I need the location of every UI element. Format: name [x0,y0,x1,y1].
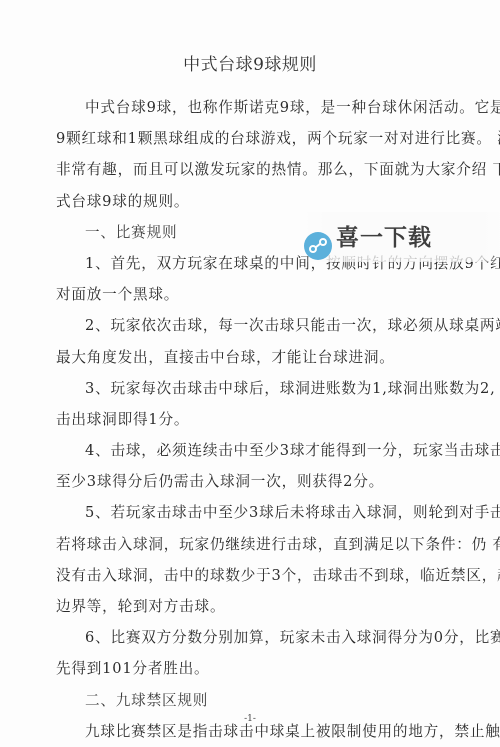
link-circle-icon [304,232,332,260]
paragraph-line: 边界等，轮到对方击球。 [56,591,448,622]
watermark-text: 喜一下载 [336,219,432,252]
paragraph-line: 6、比赛双方分数分别加算，玩家未击入球洞得分为0分，比赛 谁 [56,622,448,653]
paragraph-line: 2、玩家依次击球，每一次击球只能击一次，球必须从球桌两端 [56,310,448,341]
paragraph-line: 5、若玩家击球击中至少3球后未将球击入球洞，则轮到对手击 球； [56,497,448,528]
paragraph-line: 4、击球，必须连续击中至少3球才能得到一分，玩家当击球击 中 [56,435,448,466]
section-heading: 二、九球禁区规则 [56,685,448,716]
paragraph-line: 最大角度发出，直接击中台球，才能让台球进洞。 [56,342,448,373]
paragraph-line: 中式台球9球，也称作斯诺克9球，是一种台球休闲活动。它是 以 [56,92,448,123]
document-body: 中式台球9球，也称作斯诺克9球，是一种台球休闲活动。它是 以 9颗红球和1颗黑球… [56,92,448,747]
paragraph-line: 3、玩家每次击球击中球后，球洞进账数为1,球洞出账数为2, 每次 [56,373,448,404]
paragraph-line: 若将球击入球洞，玩家仍继续进行击球，直到满足以下条件：仍 有球 [56,529,448,560]
paragraph-line: 至少3球得分后仍需击入球洞一次，则获得2分。 [56,466,448,497]
paragraph-line: 9颗红球和1颗黑球组成的台球游戏，两个玩家一对对进行比赛。 游戏 [56,123,448,154]
paragraph-line: 对面放一个黑球。 [56,279,448,310]
watermark: 喜一下载 [304,212,500,262]
document-page: 中式台球9球规则 中式台球9球，也称作斯诺克9球，是一种台球休闲活动。它是 以 … [0,0,500,747]
page-number: -1- [0,714,500,724]
document-title: 中式台球9球规则 [0,50,500,75]
paragraph-line: 先得到101分者胜出。 [56,653,448,684]
paragraph-line: 没有击入球洞，击中的球数少于3个，击球击不到球，临近禁区，越过 [56,560,448,591]
paragraph-line: 击出球洞即得1分。 [56,404,448,435]
paragraph-line: 非常有趣，而且可以激发玩家的热情。那么，下面就为大家介绍 下中 [56,154,448,185]
